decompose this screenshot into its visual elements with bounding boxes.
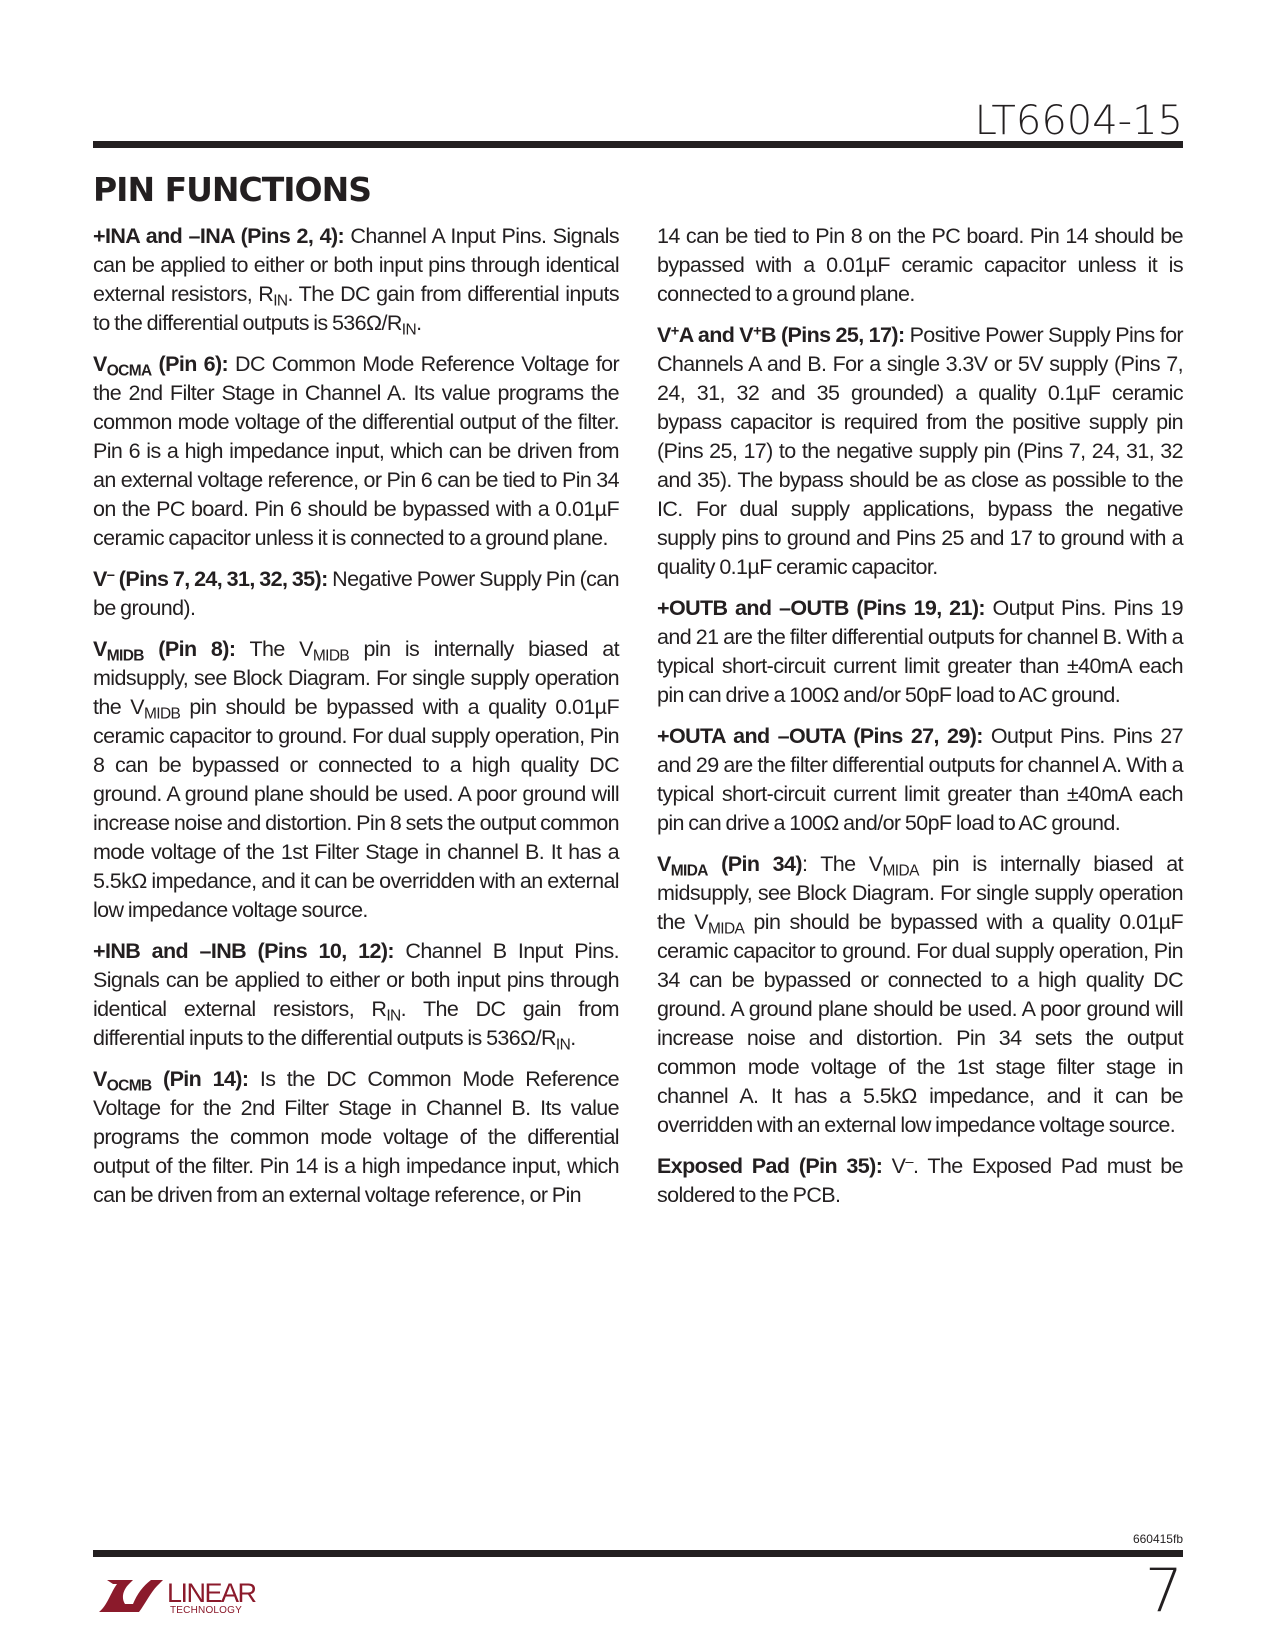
pin-description-text: DC Common Mode Reference Voltage for the… bbox=[93, 352, 619, 550]
svg-text:LINEAR: LINEAR bbox=[167, 1578, 257, 1608]
pin-name: +OUTB and –OUTB (Pins 19, 21): bbox=[657, 596, 985, 620]
right-column: 14 can be tied to Pin 8 on the PC board.… bbox=[657, 222, 1183, 1222]
pin-description: 14 can be tied to Pin 8 on the PC board.… bbox=[657, 222, 1183, 309]
pin-description: Exposed Pad (Pin 35): V–. The Exposed Pa… bbox=[657, 1152, 1183, 1210]
pin-description: +OUTA and –OUTA (Pins 27, 29): Output Pi… bbox=[657, 722, 1183, 838]
page-number: 7 bbox=[1145, 1556, 1183, 1626]
left-column: +INA and –INA (Pins 2, 4): Channel A Inp… bbox=[93, 222, 619, 1222]
pin-description-text: Positive Power Supply Pins for Channels … bbox=[657, 323, 1183, 579]
pin-name: +INA and –INA (Pins 2, 4): bbox=[93, 224, 344, 248]
pin-description-text: 14 can be tied to Pin 8 on the PC board.… bbox=[657, 224, 1183, 306]
linear-technology-logo: LINEAR TECHNOLOGY bbox=[93, 1572, 263, 1616]
pin-description: V+A and V+B (Pins 25, 17): Positive Powe… bbox=[657, 321, 1183, 582]
lt-logo-icon: LINEAR TECHNOLOGY bbox=[93, 1572, 263, 1616]
pin-name: +OUTA and –OUTA (Pins 27, 29): bbox=[657, 724, 983, 748]
footer-rule bbox=[93, 1550, 1183, 1557]
part-number-header: LT6604-15 bbox=[975, 98, 1183, 144]
document-code: 660415fb bbox=[1133, 1532, 1183, 1546]
pin-description-text: The VMIDB pin is internally biased at mi… bbox=[93, 637, 619, 922]
pin-name: V+A and V+B (Pins 25, 17): bbox=[657, 323, 905, 347]
pin-description-text: : The VMIDA pin is internally biased at … bbox=[657, 852, 1183, 1137]
pin-description: +OUTB and –OUTB (Pins 19, 21): Output Pi… bbox=[657, 594, 1183, 710]
pin-name: +INB and –INB (Pins 10, 12): bbox=[93, 939, 394, 963]
pin-name: V– (Pins 7, 24, 31, 32, 35): bbox=[93, 567, 328, 591]
pin-name: VOCMB (Pin 14): bbox=[93, 1067, 248, 1091]
pin-description: V– (Pins 7, 24, 31, 32, 35): Negative Po… bbox=[93, 565, 619, 623]
svg-text:TECHNOLOGY: TECHNOLOGY bbox=[170, 1605, 242, 1616]
pin-description: VMIDA (Pin 34): The VMIDA pin is interna… bbox=[657, 850, 1183, 1140]
pin-name: Exposed Pad (Pin 35): bbox=[657, 1154, 882, 1178]
pin-description: +INB and –INB (Pins 10, 12): Channel B I… bbox=[93, 937, 619, 1053]
pin-name: VMIDA (Pin 34) bbox=[657, 852, 802, 876]
header-rule bbox=[93, 141, 1183, 148]
pin-description: VMIDB (Pin 8): The VMIDB pin is internal… bbox=[93, 635, 619, 925]
pin-description: VOCMB (Pin 14): Is the DC Common Mode Re… bbox=[93, 1065, 619, 1210]
pin-description: +INA and –INA (Pins 2, 4): Channel A Inp… bbox=[93, 222, 619, 338]
section-title: PIN FUNCTIONS bbox=[93, 170, 371, 209]
pin-name: VOCMA (Pin 6): bbox=[93, 352, 228, 376]
pin-name: VMIDB (Pin 8): bbox=[93, 637, 235, 661]
pin-description: VOCMA (Pin 6): DC Common Mode Reference … bbox=[93, 350, 619, 553]
